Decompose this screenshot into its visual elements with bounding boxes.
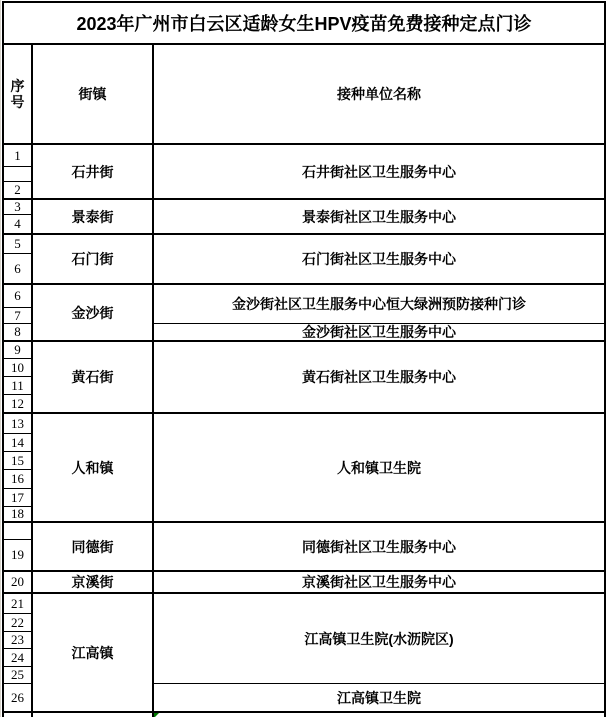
table-row-tongde: 19 同德街 同德街社区卫生服务中心 xyxy=(4,523,604,572)
unit-cell xyxy=(154,713,604,717)
unit-cell: 江高镇卫生院 xyxy=(154,684,604,711)
serial-column: 9 10 11 12 xyxy=(4,342,33,412)
serial-cell: 5 xyxy=(4,235,31,254)
street-cell: 同德街 xyxy=(33,523,154,570)
street-cell: 金沙街 xyxy=(33,285,154,340)
serial-cell xyxy=(4,713,31,717)
serial-cell: 26 xyxy=(4,684,31,711)
unit-cell: 金沙街社区卫生服务中心 xyxy=(154,324,604,340)
serial-column: 6 7 8 xyxy=(4,285,33,340)
sheet-edge-gridline xyxy=(0,0,1,717)
serial-cell: 8 xyxy=(4,324,31,340)
unit-cell: 金沙街社区卫生服务中心恒大绿洲预防接种门诊 xyxy=(154,285,604,324)
serial-cell: 12 xyxy=(4,395,31,412)
street-cell: 京溪街 xyxy=(33,572,154,592)
serial-cell: 6 xyxy=(4,285,31,308)
table-title: 2023年广州市白云区适龄女生HPV疫苗免费接种定点门诊 xyxy=(4,3,604,45)
street-cell: 黄石街 xyxy=(33,342,154,412)
serial-cell: 17 xyxy=(4,489,31,507)
unit-cell: 景泰街社区卫生服务中心 xyxy=(154,200,604,233)
serial-cell: 4 xyxy=(4,215,31,233)
serial-cell: 13 xyxy=(4,414,31,434)
serial-cell: 19 xyxy=(4,540,31,570)
cell-error-indicator-icon xyxy=(154,713,159,717)
serial-cell: 20 xyxy=(4,572,31,592)
serial-column: 21 22 23 24 25 26 xyxy=(4,594,33,711)
street-cell: 石门街 xyxy=(33,235,154,283)
table-header-row: 序号 街镇 接种单位名称 xyxy=(4,45,604,145)
serial-column: 1 2 xyxy=(4,145,33,198)
table-row-jinsha: 6 7 8 金沙街 金沙街社区卫生服务中心恒大绿洲预防接种门诊 金沙街社区卫生服… xyxy=(4,285,604,342)
table-row-shijing: 1 2 石井街 石井街社区卫生服务中心 xyxy=(4,145,604,200)
serial-cell: 9 xyxy=(4,342,31,359)
serial-column: 19 xyxy=(4,523,33,570)
serial-cell: 24 xyxy=(4,649,31,667)
street-cell xyxy=(33,713,154,717)
serial-column: 20 xyxy=(4,572,33,592)
unit-column: 同德街社区卫生服务中心 xyxy=(154,523,604,570)
serial-column: 3 4 xyxy=(4,200,33,233)
unit-column: 石井街社区卫生服务中心 xyxy=(154,145,604,198)
serial-cell: 6 xyxy=(4,254,31,283)
serial-cell: 25 xyxy=(4,667,31,684)
serial-cell: 21 xyxy=(4,594,31,614)
serial-cell xyxy=(4,167,31,182)
unit-column: 黄石街社区卫生服务中心 xyxy=(154,342,604,412)
vaccination-clinic-table: 2023年广州市白云区适龄女生HPV疫苗免费接种定点门诊 序号 街镇 接种单位名… xyxy=(2,1,606,717)
unit-cell: 石井街社区卫生服务中心 xyxy=(154,145,604,198)
serial-column: 5 6 xyxy=(4,235,33,283)
spreadsheet-screenshot: 2023年广州市白云区适龄女生HPV疫苗免费接种定点门诊 序号 街镇 接种单位名… xyxy=(0,0,611,717)
serial-cell xyxy=(4,523,31,540)
serial-cell: 10 xyxy=(4,359,31,377)
serial-cell: 7 xyxy=(4,308,31,324)
serial-column: 13 14 15 16 17 18 xyxy=(4,414,33,521)
column-header-unit: 接种单位名称 xyxy=(154,45,604,143)
unit-column: 景泰街社区卫生服务中心 xyxy=(154,200,604,233)
serial-cell: 23 xyxy=(4,632,31,649)
serial-cell: 16 xyxy=(4,470,31,489)
column-header-serial: 序号 xyxy=(4,45,33,143)
unit-cell: 江高镇卫生院(水沥院区) xyxy=(154,594,604,684)
unit-column: 人和镇卫生院 xyxy=(154,414,604,521)
unit-cell: 石门街社区卫生服务中心 xyxy=(154,235,604,283)
street-cell: 人和镇 xyxy=(33,414,154,521)
table-row-jingxi: 20 京溪街 京溪街社区卫生服务中心 xyxy=(4,572,604,594)
serial-cell: 1 xyxy=(4,145,31,167)
unit-cell: 人和镇卫生院 xyxy=(154,414,604,521)
column-header-serial-label: 序号 xyxy=(10,78,26,110)
unit-cell: 京溪街社区卫生服务中心 xyxy=(154,572,604,592)
table-row-partial xyxy=(4,713,604,717)
unit-column: 京溪街社区卫生服务中心 xyxy=(154,572,604,592)
table-row-shimen: 5 6 石门街 石门街社区卫生服务中心 xyxy=(4,235,604,285)
table-row-huangshi: 9 10 11 12 黄石街 黄石街社区卫生服务中心 xyxy=(4,342,604,414)
table-row-jingtai: 3 4 景泰街 景泰街社区卫生服务中心 xyxy=(4,200,604,235)
serial-cell: 2 xyxy=(4,182,31,198)
street-cell: 景泰街 xyxy=(33,200,154,233)
serial-cell: 3 xyxy=(4,200,31,215)
unit-column: 石门街社区卫生服务中心 xyxy=(154,235,604,283)
serial-column xyxy=(4,713,33,717)
unit-cell: 黄石街社区卫生服务中心 xyxy=(154,342,604,412)
unit-column: 金沙街社区卫生服务中心恒大绿洲预防接种门诊 金沙街社区卫生服务中心 xyxy=(154,285,604,340)
street-cell: 石井街 xyxy=(33,145,154,198)
unit-column xyxy=(154,713,604,717)
serial-cell: 22 xyxy=(4,614,31,632)
street-cell: 江高镇 xyxy=(33,594,154,711)
serial-cell: 18 xyxy=(4,507,31,521)
column-header-street: 街镇 xyxy=(33,45,154,143)
serial-cell: 14 xyxy=(4,434,31,452)
unit-cell: 同德街社区卫生服务中心 xyxy=(154,523,604,570)
serial-cell: 11 xyxy=(4,377,31,395)
unit-column: 江高镇卫生院(水沥院区) 江高镇卫生院 xyxy=(154,594,604,711)
table-row-renhe: 13 14 15 16 17 18 人和镇 人和镇卫生院 xyxy=(4,414,604,523)
table-row-jianggao: 21 22 23 24 25 26 江高镇 江高镇卫生院(水沥院区) 江高镇卫生… xyxy=(4,594,604,713)
serial-cell: 15 xyxy=(4,452,31,470)
